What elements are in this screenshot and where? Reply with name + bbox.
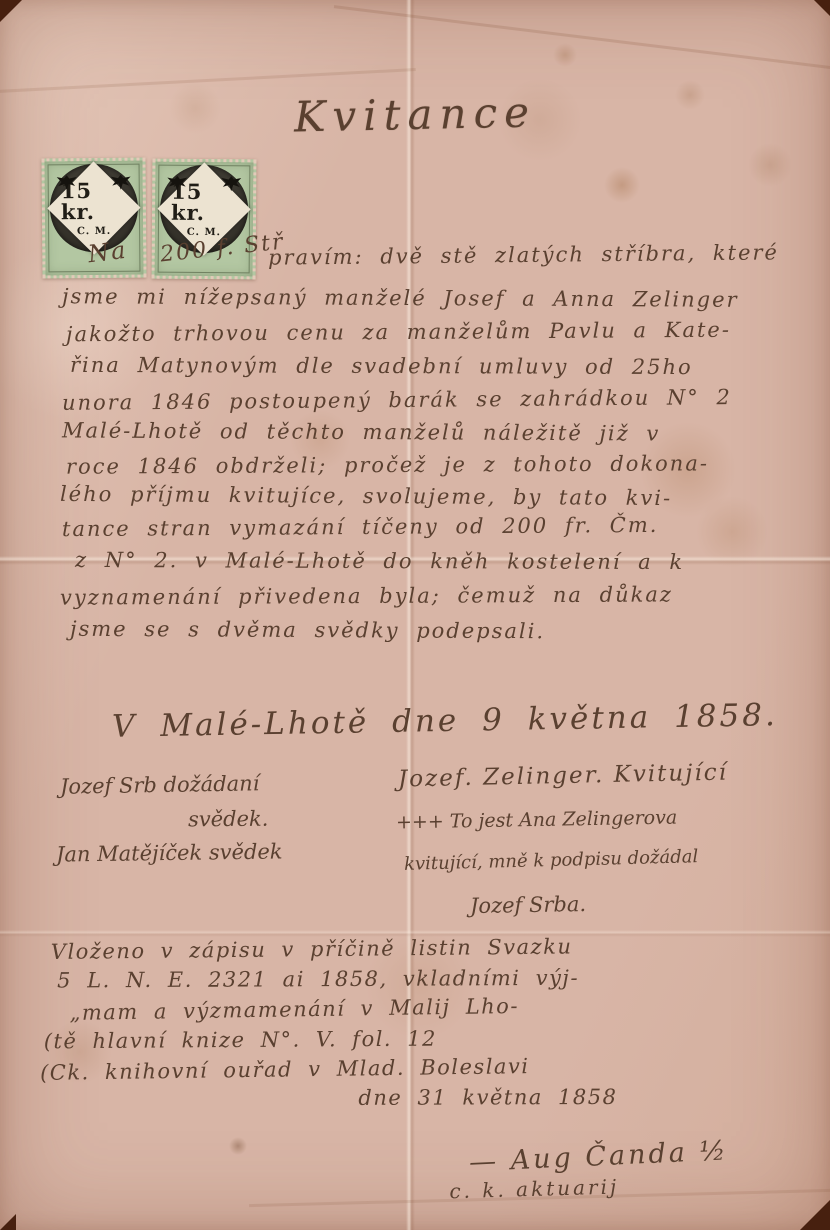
party-signature: Jozef. Zelinger. Kvitující (398, 760, 728, 793)
registry-annotation-block: Vloženo v zápisu v příčině listin Svazku… (39, 932, 817, 1190)
document-scan: Kvitance 15 kr. C. M. 15 kr. C. M. (0, 0, 830, 1230)
handwritten-line: jsme se s dvěma svědky podepsali. (70, 617, 545, 643)
place-and-date-line: V Malé-Lhotě dne 9 května 1858. (112, 697, 778, 745)
witness-signature: Jozef Srb dožádaní (60, 771, 260, 798)
stamp-currency: C. M. (77, 225, 111, 236)
handwritten-line: jsme mi nížepsaný manželé Josef a Anna Z… (62, 284, 739, 312)
backing-corner (0, 1214, 16, 1230)
party-signature: Jozef Srba. (470, 892, 586, 918)
handwritten-line: tance stran vymazání tíčeny od 200 fr. Č… (62, 513, 659, 541)
handwritten-line: z N° 2. v Malé-Lhotě do kněh kostelení a… (75, 548, 684, 574)
backing-corner (800, 1200, 830, 1230)
registry-line: (tě hlavní knize N°. V. fol. 12 (44, 1027, 437, 1054)
registry-line: 5 L. N. E. 2321 ai 1858, vkladními výj- (57, 966, 579, 993)
paper-crease (334, 5, 830, 74)
official-title: c. k. aktuarij (449, 1175, 619, 1204)
document-title: Kvitance (0, 81, 830, 147)
handwritten-line: řina Matynovým dle svadební umluvy od 25… (70, 353, 693, 379)
witness-signature: Jan Matějíček svědek (56, 839, 283, 866)
registry-date: dne 31 května 1858 (358, 1085, 617, 1110)
stamp-denomination: 15 kr. (61, 179, 127, 222)
stamp-annotation: Na (86, 236, 128, 269)
party-signature-cross-mark: +++ To jest Ana Zelingerova (396, 807, 678, 834)
registry-office-line: (Ck. knihovní ouřad v Mlad. Boleslavi (40, 1054, 530, 1085)
official-signature: — Aug Čanda ½ (468, 1135, 729, 1178)
handwritten-line: pravím: dvě stě zlatých stříbra, které (268, 240, 779, 269)
handwritten-line: lého příjmu kvitujíce, svolujeme, by tat… (60, 482, 672, 510)
witness-signature: svědek. (188, 807, 269, 832)
handwritten-line: Malé-Lhotě od těchto manželů náležitě ji… (62, 418, 660, 445)
handwritten-line: unora 1846 postoupený barák se zahrádkou… (62, 385, 732, 415)
handwritten-line: vyznamenání přivedena byla; čemuž na důk… (60, 582, 673, 609)
handwritten-line: jakožto trhovou cenu za manželům Pavlu a… (66, 318, 731, 347)
stamp-denomination: 15 kr. (171, 180, 237, 222)
registry-line: Vloženo v zápisu v příčině listin Svazku (51, 934, 573, 963)
party-signature: kvitující, mně k podpisu dožádal (404, 846, 699, 875)
backing-corner (0, 0, 22, 22)
registry-line: „mam a výzmamenání v Malij Lho- (69, 994, 519, 1025)
handwritten-line: roce 1846 obdrželi; pročež je z tohoto d… (66, 451, 709, 478)
backing-corner (814, 0, 830, 16)
